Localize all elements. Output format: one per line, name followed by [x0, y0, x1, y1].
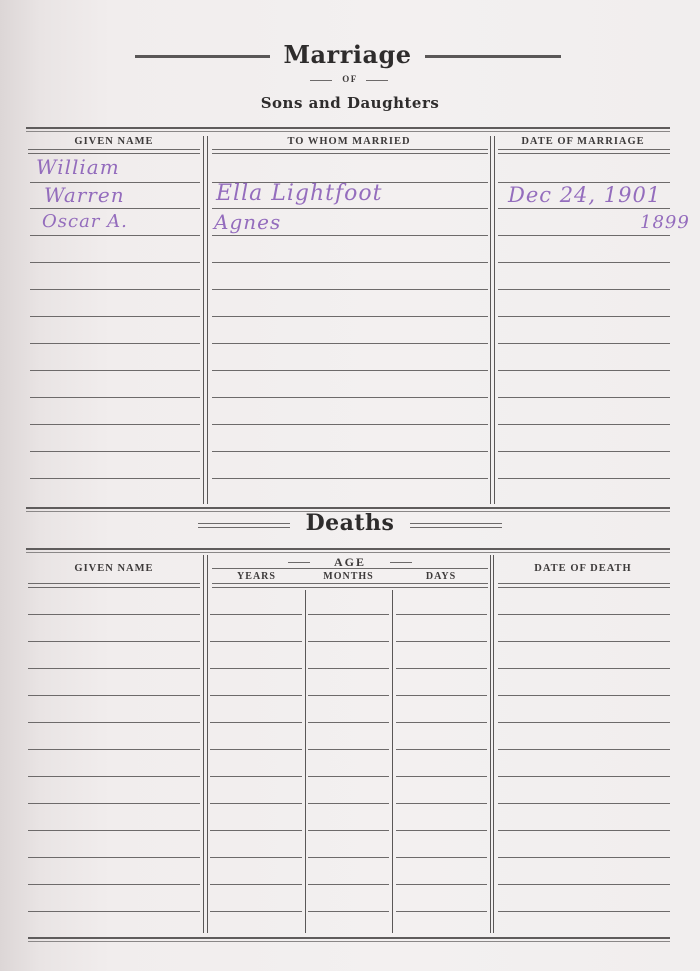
deaths-col-given-name: GIVEN NAME — [26, 563, 202, 574]
of-dash-left — [310, 80, 332, 81]
marriage-entry-date: 1899 — [640, 212, 690, 233]
title-ornament-left — [198, 527, 290, 528]
header-underline — [498, 583, 670, 584]
deaths-bottom-rule-thin — [28, 941, 670, 942]
header-underline — [28, 583, 200, 584]
header-underline — [212, 149, 488, 150]
age-dash-left — [288, 562, 310, 563]
deaths-col-date-of-death: DATE OF DEATH — [496, 563, 670, 574]
marriage-entry-given-name: William — [36, 155, 120, 179]
marriage-col-date-of-marriage: DATE OF MARRIAGE — [496, 136, 670, 147]
marriage-top-rule-thin — [26, 131, 670, 132]
age-dash-right — [390, 562, 412, 563]
marriage-title: Marriage — [270, 40, 425, 69]
of-dash-right — [366, 80, 388, 81]
age-underline — [212, 568, 488, 569]
title-ornament-right — [410, 523, 502, 524]
header-underline — [28, 149, 200, 150]
header-underline — [212, 587, 488, 588]
column-divider — [203, 555, 204, 933]
title-ornament-left — [198, 523, 290, 524]
marriage-entry-given-name: Warren — [44, 183, 125, 207]
marriage-col-given-name: GIVEN NAME — [26, 136, 202, 147]
deaths-bottom-rule — [28, 937, 670, 939]
column-divider — [207, 555, 208, 933]
deaths-col-months: MONTHS — [305, 571, 392, 582]
header-underline — [498, 153, 670, 154]
column-divider — [493, 555, 494, 933]
column-divider — [203, 136, 204, 504]
marriage-subtitle: Sons and Daughters — [230, 94, 470, 112]
marriage-entry-spouse: Agnes — [214, 210, 281, 234]
column-divider — [490, 555, 491, 933]
header-underline — [212, 153, 488, 154]
deaths-top-rule — [26, 548, 670, 550]
header-underline — [212, 583, 488, 584]
header-underline — [498, 587, 670, 588]
deaths-col-days: DAYS — [392, 571, 490, 582]
deaths-top-rule-thin — [26, 552, 670, 553]
column-divider — [494, 136, 495, 504]
marriage-entry-given-name: Oscar A. — [42, 211, 128, 232]
column-divider — [207, 136, 208, 504]
header-underline — [28, 587, 200, 588]
column-divider — [305, 590, 306, 933]
marriage-entry-date: Dec 24, 1901 — [508, 183, 661, 207]
title-ornament-left — [135, 55, 270, 58]
marriage-top-rule — [26, 127, 670, 129]
marriage-of: OF — [335, 74, 365, 84]
marriage-entry-spouse: Ella Lightfoot — [216, 181, 382, 206]
marriage-col-to-whom-married: TO WHOM MARRIED — [208, 136, 490, 147]
title-ornament-right — [425, 55, 561, 58]
column-divider — [392, 590, 393, 933]
header-underline — [28, 153, 200, 154]
deaths-title: Deaths — [290, 510, 410, 536]
section-separator — [26, 507, 670, 509]
column-divider — [490, 136, 491, 504]
title-ornament-right — [410, 527, 502, 528]
deaths-col-years: YEARS — [208, 571, 305, 582]
header-underline — [498, 149, 670, 150]
